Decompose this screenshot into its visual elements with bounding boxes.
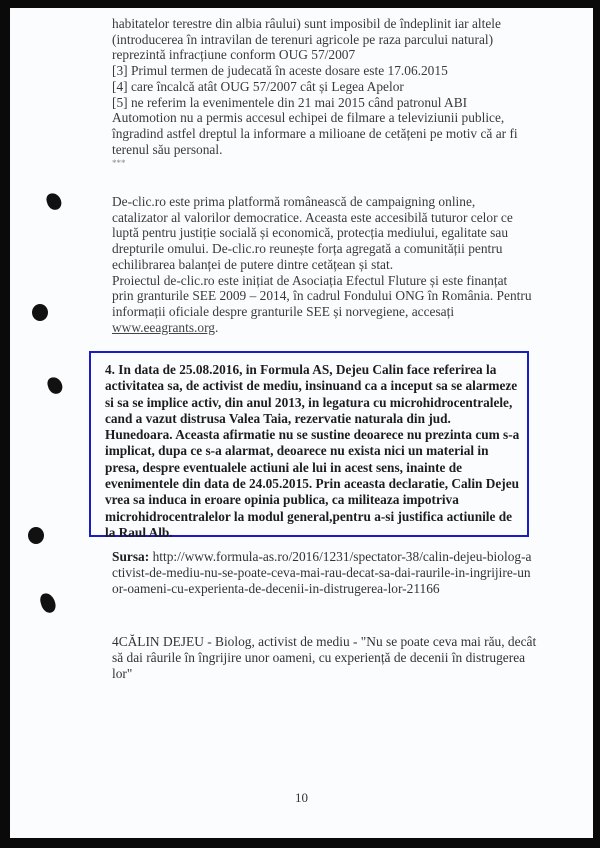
quote-title: 4CĂLIN DEJEU - Biolog, activist de mediu… [112,634,537,683]
funding-text: Proiectul de-clic.ro este inițiat de Aso… [112,273,532,319]
statement-text: 4. In data de 25.08.2016, in Formula AS,… [105,362,519,540]
punch-hole-torn [45,191,63,211]
separator: *** [112,157,532,169]
period: . [215,320,218,335]
eeagrants-link[interactable]: www.eeagrants.org [112,320,215,335]
page-number: 10 [295,790,308,806]
funding-paragraph: Proiectul de-clic.ro este inițiat de Aso… [112,273,532,336]
punch-hole-torn [39,592,58,615]
about-paragraph: De-clic.ro este prima platformă româneas… [112,194,532,273]
footnote-4: [4] care încalcă atât OUG 57/2007 cât și… [112,79,532,95]
punch-hole [28,527,44,544]
source-label: Sursa: [112,549,149,564]
punch-hole-torn [46,375,64,395]
source-url: http://www.formula-as.ro/2016/1231/spect… [112,549,531,596]
punch-hole [32,304,48,321]
boxed-statement: 4. In data de 25.08.2016, in Formula AS,… [89,351,529,537]
footnotes-block: habitatelor terestre din albia râului) s… [112,16,532,169]
scanned-page: habitatelor terestre din albia râului) s… [10,8,593,838]
about-declic-block: De-clic.ro este prima platformă româneas… [112,194,532,335]
footnote-3: [3] Primul termen de judecată în aceste … [112,63,532,79]
footnote-5: [5] ne referim la evenimentele din 21 ma… [112,95,532,158]
footnote-continuation: habitatelor terestre din albia râului) s… [112,16,532,63]
source-citation: Sursa: http://www.formula-as.ro/2016/123… [112,549,532,598]
